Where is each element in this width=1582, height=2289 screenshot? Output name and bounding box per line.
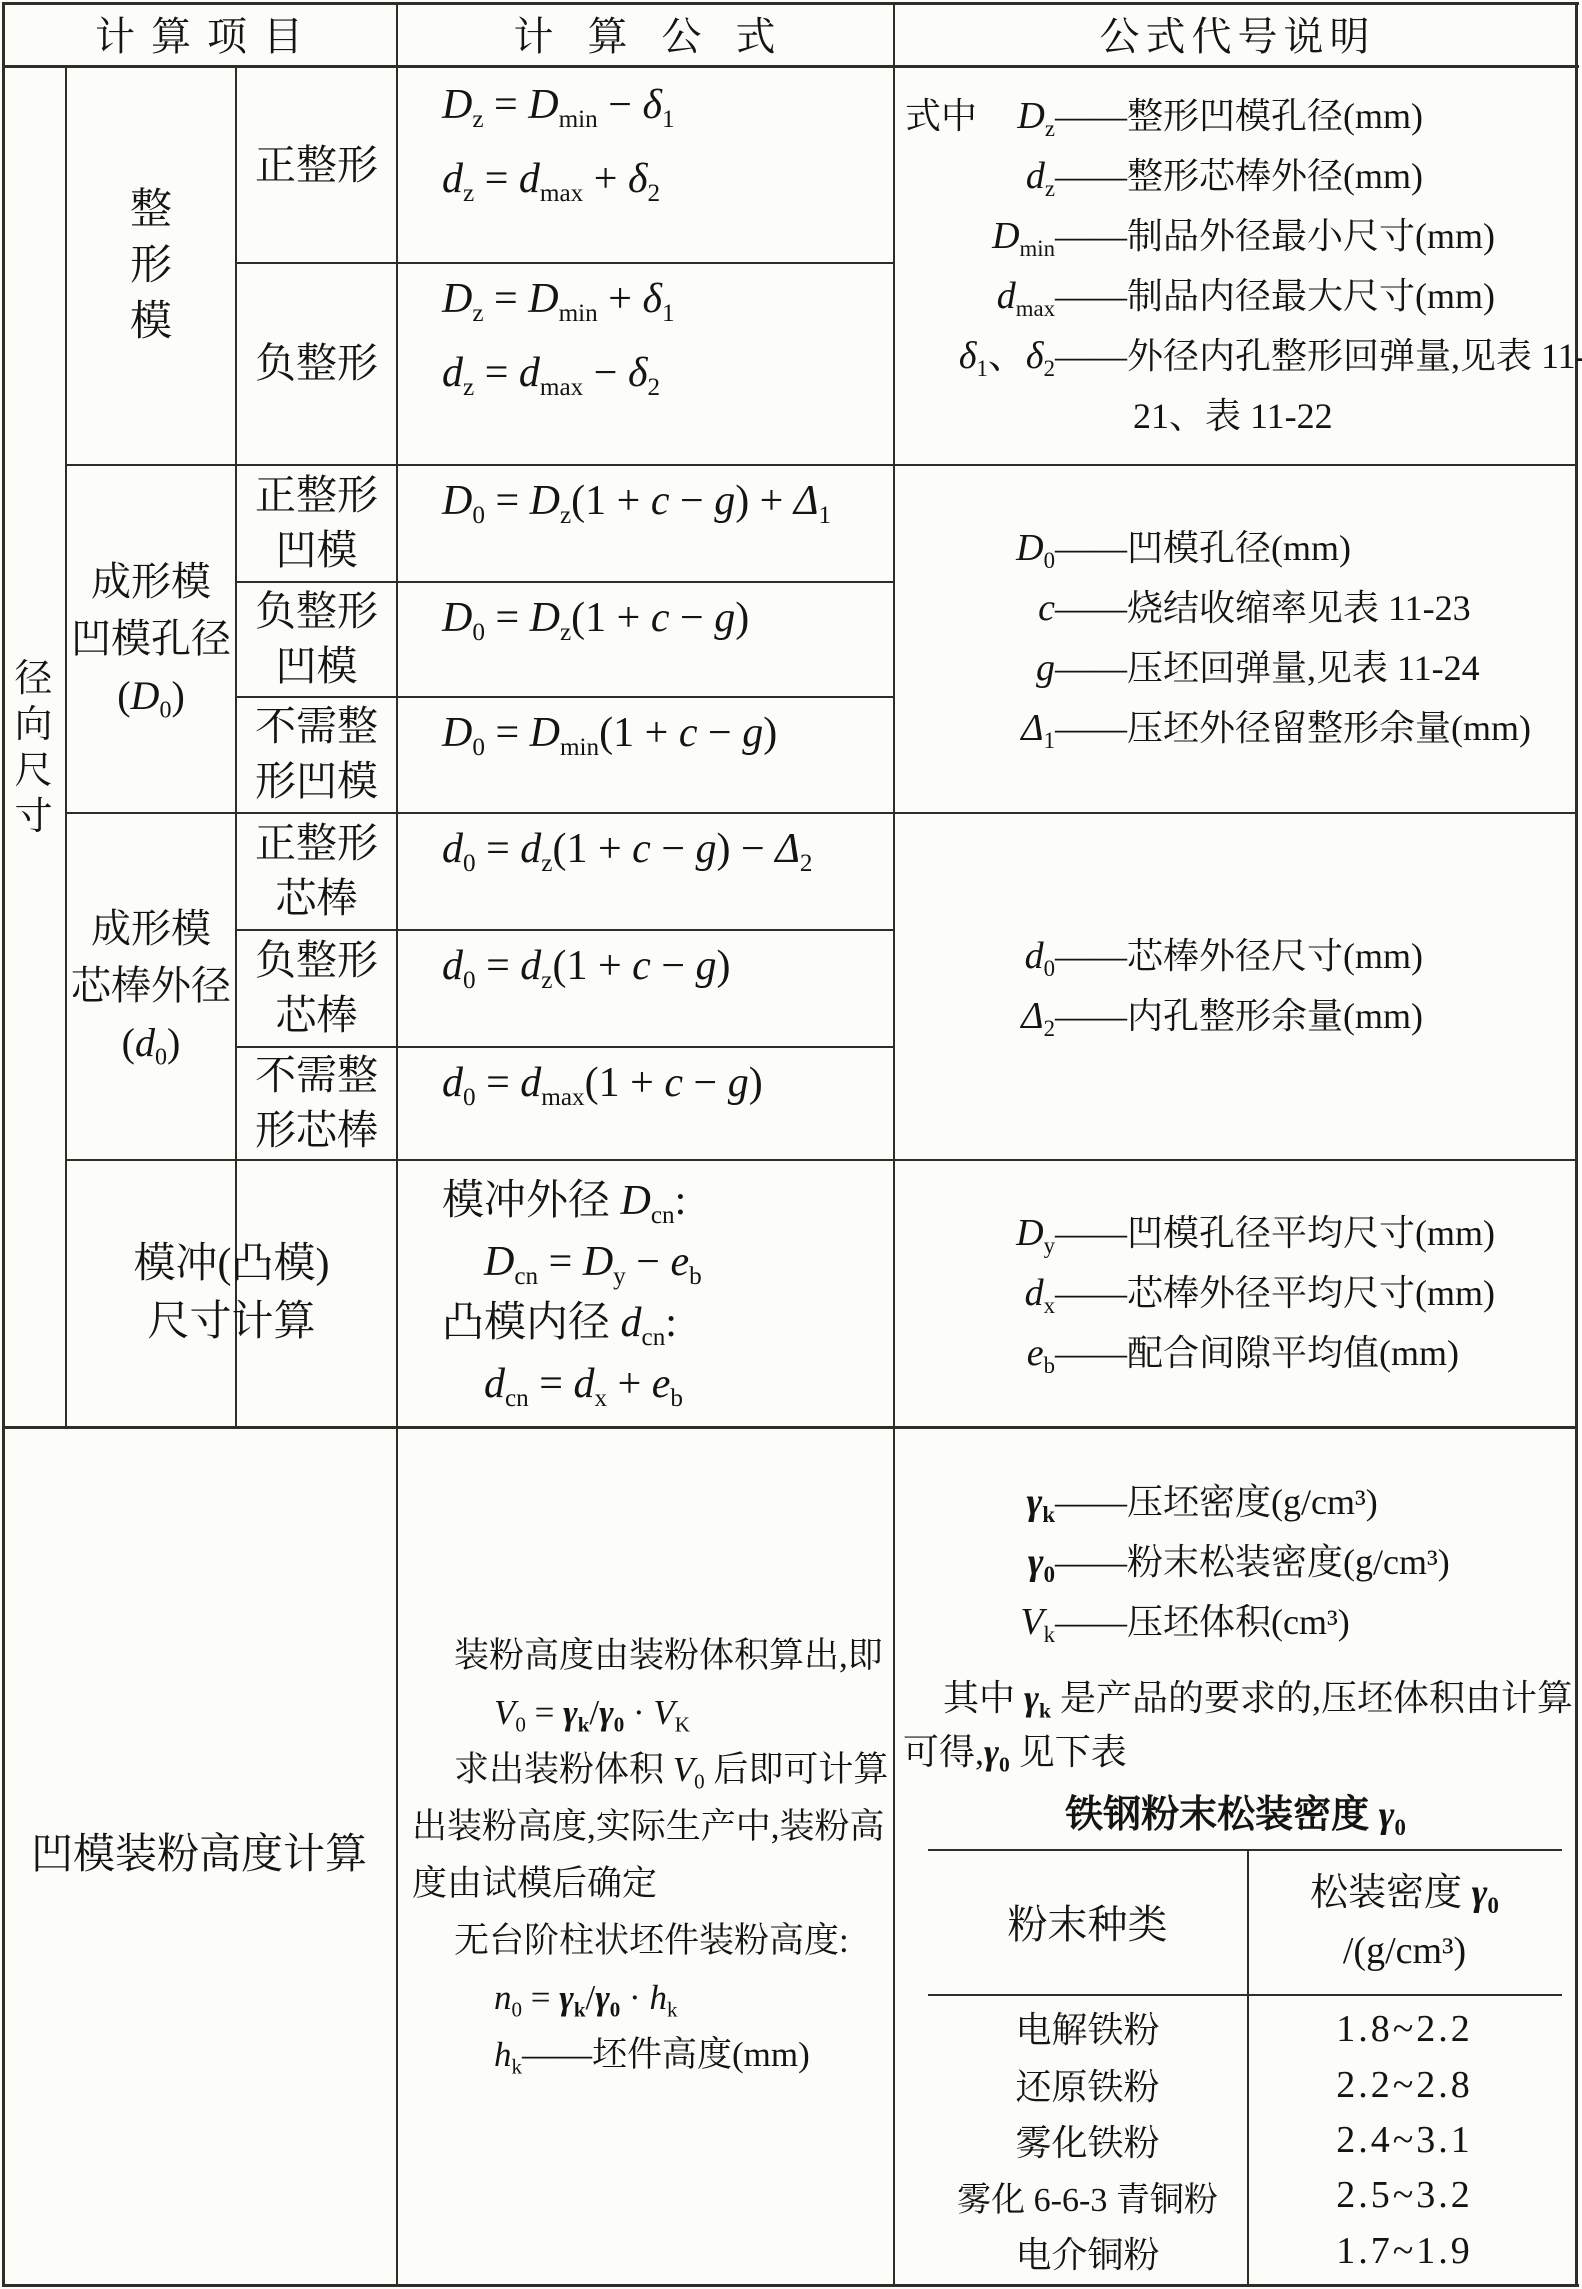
formula-token: γ <box>1472 1872 1488 1914</box>
text-line: V0 = γk/γ0 · VK <box>494 1684 690 1741</box>
formula-token: 0 <box>155 1044 167 1070</box>
formula-token: D <box>484 1239 514 1285</box>
powder-fill-height-label: 凹模装粉高度计算 <box>31 1826 367 1884</box>
formula-token: D <box>530 710 560 756</box>
formula-token: z <box>560 502 571 529</box>
legend-description: 制品外径最小尺寸(mm) <box>1127 206 1495 266</box>
powder-table-col-type: 粉末种类 <box>928 1849 1247 1994</box>
text-line: 芯棒 <box>276 871 358 926</box>
header-label-formula: 计算公式 <box>480 5 810 62</box>
handbook-table-page: 计算项目 计算公式 公式代号说明 径向尺寸 整形模 成形模凹模孔径(D0) 成形… <box>0 0 1582 2289</box>
formula-token: z <box>1045 116 1055 141</box>
formula-token: = <box>484 82 529 128</box>
text-line: dcn = dx + eb <box>484 1354 683 1415</box>
formula-token: 0 <box>610 1997 621 2021</box>
powder-row-range: 2.4~3.1 <box>1247 2118 1562 2162</box>
powder-table-col-density: 松装密度 γ0 /(g/cm³) <box>1247 1849 1562 1994</box>
group-label-sizing-die: 整形模 <box>67 68 235 464</box>
formula-token: k <box>512 2054 523 2078</box>
legend-symbol: δ1、δ2 <box>895 326 1055 386</box>
formula-token: h <box>649 1978 667 2017</box>
legend-block-powder: γk——压坯密度(g/cm³)γ0——粉末松装密度(g/cm³)Vk——压坯体积… <box>895 1466 1576 1658</box>
formula-token: max <box>540 374 583 401</box>
subrow-label-positive-sizing: 正整形 <box>237 68 396 262</box>
powder-row-name: 电解铁粉 <box>928 2002 1247 2053</box>
legend-description-continued: 21、表 11-22 <box>895 386 1576 446</box>
formula-token: 铁钢粉末松装密度 <box>1065 1794 1379 1836</box>
text-line: 求出装粉体积 V0 后即可计算 <box>454 1741 888 1798</box>
formula-token: = <box>526 1693 563 1732</box>
formula-token: 1 <box>819 502 832 529</box>
formula-token: = <box>476 943 521 989</box>
formula-token: d <box>519 156 540 202</box>
stacked-char: 形 <box>130 238 172 294</box>
subrow-label-positive-sizing-die: 正整形凹模 <box>237 464 396 581</box>
powder-table-title-text: 铁钢粉末松装密度 γ0 <box>1065 1783 1406 1838</box>
legend-definition: d0——芯棒外径尺寸(mm) <box>895 926 1576 986</box>
formula-token: min <box>560 734 599 761</box>
formula-token: γ <box>1024 1678 1039 1718</box>
formula-token: Δ <box>1021 995 1043 1037</box>
formula-token: = <box>522 1978 559 2017</box>
group-label-forming-core-rod: 成形模芯棒外径(d0) <box>67 812 235 1159</box>
text-line: 凹模 <box>276 639 358 694</box>
formula-token: d <box>573 1361 594 1407</box>
legend-symbol: dx <box>895 1263 1055 1323</box>
text-line: 芯棒 <box>276 988 358 1043</box>
formula-token: · <box>620 1978 649 2017</box>
formula-token: b <box>689 1262 702 1289</box>
formula-token: δ <box>628 156 648 202</box>
formula-token: δ <box>642 82 662 128</box>
text-line: D0 = Dz(1 + c − g) <box>442 581 749 655</box>
legend-definition: Vk——压坯体积(cm³) <box>895 1592 1576 1652</box>
legend-symbol: γ0 <box>895 1532 1055 1592</box>
formula-token: cn <box>505 1384 529 1411</box>
legend-symbol: c <box>895 578 1055 638</box>
legend-description: 烧结收缩率见表 11-23 <box>1127 578 1471 638</box>
formula-token: g <box>696 826 717 872</box>
formula-token: y <box>1044 1232 1055 1257</box>
formula-token: d <box>520 1060 541 1106</box>
formula-token: ( <box>122 1020 135 1065</box>
legend-dash: —— <box>1055 266 1127 326</box>
formula-token: cn <box>642 1323 666 1350</box>
legend-dash: —— <box>1055 206 1127 266</box>
legend-block-sizing: 式中Dz——整形凹模孔径(mm)dz——整形芯棒外径(mm)Dmin——制品外径… <box>895 68 1576 464</box>
formula-token: V <box>494 1693 515 1732</box>
formula-cell-powder-height: 装粉高度由装粉体积算出,即V0 = γk/γ0 · VK求出装粉体积 V0 后即… <box>398 1426 893 2284</box>
powder-table-names: 电解铁粉 还原铁粉 雾化铁粉 雾化 6-6-3 青铜粉 电介铜粉 <box>928 1996 1247 2284</box>
formula-token: 芯棒 <box>276 992 358 1038</box>
formula-token: D <box>1016 1212 1043 1254</box>
formula-token: 模冲外径 <box>442 1178 621 1224</box>
formula-token: 成形模 <box>91 559 211 604</box>
formula-token: e <box>670 1239 689 1285</box>
legend-definition: γ0——粉末松装密度(g/cm³) <box>895 1532 1576 1592</box>
formula-token: : <box>665 1300 677 1346</box>
formula-token: 2 <box>1044 1015 1055 1040</box>
formula-token: 后即可计算 <box>705 1750 889 1789</box>
text-line: D0 = Dmin(1 + c − g) <box>442 696 777 770</box>
formula-token: 1 <box>977 356 988 381</box>
formula-token: 0 <box>614 1712 625 1736</box>
legend-definition: c——烧结收缩率见表 11-23 <box>895 578 1576 638</box>
formula-token: k <box>1044 1622 1055 1647</box>
formula-token: = <box>474 156 519 202</box>
legend-definition: γk——压坯密度(g/cm³) <box>895 1472 1576 1532</box>
formula-token: 见下表 <box>1010 1732 1127 1772</box>
formula-token: ) <box>749 1060 763 1106</box>
formula-token: 不需整 <box>255 703 378 749</box>
formula-token: 正整形 <box>255 472 378 518</box>
text-line: 负整形 <box>255 584 378 639</box>
formula-token: 0 <box>159 697 171 723</box>
formula-token: D <box>530 595 560 641</box>
powder-col-type-label: 粉末种类 <box>1008 1893 1168 1950</box>
text-line: d0 = dmax(1 + c − g) <box>442 1046 763 1120</box>
formula-token: = <box>485 710 530 756</box>
powder-table-title: 铁钢粉末松装密度 γ0 <box>895 1784 1576 1836</box>
stacked-char: 模 <box>130 294 172 350</box>
legend-area-powder: γk——压坯密度(g/cm³)γ0——粉末松装密度(g/cm³)Vk——压坯体积… <box>895 1426 1576 1849</box>
text-line: 正整形 <box>255 138 378 193</box>
formula-token: γ <box>559 1978 574 2017</box>
legend-symbol: dmax <box>895 266 1055 326</box>
text-line: 负整形 <box>255 336 378 391</box>
header-cell-calculation-items: 计算项目 <box>2 2 396 65</box>
formula-token: 0 <box>472 502 485 529</box>
formula-token: d <box>1025 1272 1044 1314</box>
text-line: 可得,γ0 见下表 <box>903 1725 1127 1779</box>
formula-token: b <box>670 1384 683 1411</box>
formula-token: D <box>992 215 1019 257</box>
formula-token: cn <box>514 1262 538 1289</box>
formula-token: 1 <box>1044 728 1055 753</box>
text-line: dz = dmax + δ2 <box>442 142 660 216</box>
formula-token: = <box>476 826 521 872</box>
text-line: 凹模孔径 <box>71 610 231 667</box>
formula-token: 0 <box>1487 1892 1498 1917</box>
formula-token: + <box>598 276 643 322</box>
legend-symbol: D0 <box>895 518 1055 578</box>
formula-cell-bore-nosizing: D0 = Dmin(1 + c − g) <box>398 696 893 812</box>
formula-token: 形凹模 <box>255 758 378 804</box>
text-line: d0 = dz(1 + c − g) − Δ2 <box>442 812 812 886</box>
formula-token: = <box>484 276 529 322</box>
text-line: dz = dmax − δ2 <box>442 336 660 410</box>
stacked-char: 向 <box>14 702 52 748</box>
formula-token: 成形模 <box>91 906 211 951</box>
legend-description: 整形凹模孔径(mm) <box>1127 86 1423 146</box>
formula-token: ) + <box>735 478 794 524</box>
formula-token: 无台阶柱状坯件装粉高度: <box>454 1921 849 1960</box>
legend-dash: —— <box>1055 1263 1127 1323</box>
legend-dash: —— <box>1055 86 1127 146</box>
legend-description: 芯棒外径平均尺寸(mm) <box>1127 1263 1495 1323</box>
formula-token: h <box>494 2035 512 2074</box>
formula-token: D <box>442 276 472 322</box>
legend-prefix: 式中 <box>905 86 977 146</box>
formula-token: 0 <box>472 619 485 646</box>
legend-symbol: dz <box>895 146 1055 206</box>
formula-token: c <box>632 943 651 989</box>
stacked-char: 径 <box>14 656 52 702</box>
formula-token: 0 <box>1044 955 1055 980</box>
formula-token: b <box>1044 1352 1055 1377</box>
formula-token: 0 <box>515 1712 526 1736</box>
legend-description: 压坯密度(g/cm³) <box>1127 1472 1378 1532</box>
formula-token: Δ <box>1021 707 1043 749</box>
legend-dash: —— <box>1055 518 1127 578</box>
formula-token: ——坯件高度(mm) <box>522 2035 810 2074</box>
legend-dash: —— <box>1055 1472 1127 1532</box>
group-label-powder-fill-height: 凹模装粉高度计算 <box>2 1426 396 2284</box>
formula-token: d <box>997 275 1016 317</box>
subrow-label-negative-sizing: 负整形 <box>237 262 396 464</box>
formula-token: γ <box>984 1732 999 1772</box>
formula-token: / <box>589 1693 599 1732</box>
formula-token: c <box>651 478 670 524</box>
formula-token: δ <box>628 350 648 396</box>
formula-token: + <box>607 1361 652 1407</box>
formula-token: ) <box>171 673 184 718</box>
text-line: 成形模 <box>91 553 211 610</box>
formula-token: 0 <box>1394 1814 1405 1839</box>
powder-col-density-line2: /(g/cm³) <box>1343 1922 1466 1980</box>
formula-token: d <box>442 943 463 989</box>
formula-token: 凹模 <box>276 527 358 573</box>
formula-token: D <box>528 276 558 322</box>
powder-row-range: 1.7~1.9 <box>1247 2229 1562 2273</box>
formula-token: 正整形 <box>255 820 378 866</box>
text-line: (d0) <box>122 1014 181 1071</box>
formula-token: (1 + <box>585 1060 665 1106</box>
legend-block-punch: Dy——凹模孔径平均尺寸(mm)dx——芯棒外径平均尺寸(mm)eb——配合间隙… <box>895 1159 1576 1426</box>
legend-symbol: Δ1 <box>895 698 1055 758</box>
legend-definition: δ1、δ2——外径内孔整形回弹量,见表 11- <box>895 326 1576 386</box>
legend-dash: —— <box>1055 698 1127 758</box>
legend-dash: —— <box>1055 986 1127 1046</box>
text-line: 度由试模后确定 <box>412 1855 657 1912</box>
powder-row-range: 2.5~3.2 <box>1247 2173 1562 2217</box>
legend-definition: g——压坯回弹量,见表 11-24 <box>895 638 1576 698</box>
formula-token: 1 <box>662 300 675 327</box>
legend-dash: —— <box>1055 1592 1127 1652</box>
legend-definition: Δ1——压坯外径留整形余量(mm) <box>895 698 1576 758</box>
formula-token: − <box>698 710 743 756</box>
formula-token: 芯棒外径 <box>71 963 231 1008</box>
formula-token: 模冲(凸模) <box>134 1241 330 1287</box>
formula-token: D <box>131 673 160 718</box>
legend-dash: —— <box>1055 326 1127 386</box>
legend-dash: —— <box>1055 926 1127 986</box>
formula-token: D <box>528 82 558 128</box>
header-label-legend: 公式代号说明 <box>1094 5 1376 62</box>
text-line: 不需整 <box>255 1048 378 1103</box>
formula-token: k <box>578 1712 590 1736</box>
formula-token: γ <box>595 1978 610 2017</box>
subrow-label-negative-sizing-rod: 负整形芯棒 <box>237 929 396 1046</box>
formula-token: 尺寸计算 <box>147 1299 315 1345</box>
formula-token: z <box>541 850 552 877</box>
formula-token: k <box>667 1997 678 2021</box>
formula-token: z <box>463 180 474 207</box>
formula-token: + <box>583 156 628 202</box>
formula-cell-sizing-negative: Dz = Dmin + δ1dz = dmax − δ2 <box>398 262 893 464</box>
formula-token: d <box>442 826 463 872</box>
text-line: 形凹模 <box>255 754 378 809</box>
formula-token: − <box>651 943 696 989</box>
formula-token: = <box>485 595 530 641</box>
formula-token: − <box>598 82 643 128</box>
legend-description: 压坯体积(cm³) <box>1127 1592 1350 1652</box>
formula-token: c <box>632 826 651 872</box>
legend-block-rod: d0——芯棒外径尺寸(mm)Δ2——内孔整形余量(mm) <box>895 812 1576 1159</box>
formula-token: 、 <box>988 335 1026 377</box>
powder-row-name: 电介铜粉 <box>928 2227 1247 2278</box>
legend-description: 制品内径最大尺寸(mm) <box>1127 266 1495 326</box>
formula-token: − <box>583 350 628 396</box>
formula-token: · <box>624 1693 653 1732</box>
formula-token: c <box>1038 587 1055 629</box>
formula-token: d <box>520 826 541 872</box>
powder-density-table: 粉末种类 松装密度 γ0 /(g/cm³) 电解铁粉 还原铁粉 雾化铁粉 雾化 … <box>928 1849 1562 2286</box>
formula-token: − <box>683 1060 728 1106</box>
formula-cell-rod-negative: d0 = dz(1 + c − g) <box>398 929 893 1046</box>
text-line: D0 = Dz(1 + c − g) + Δ1 <box>442 464 831 538</box>
formula-cell-rod-nosizing: d0 = dmax(1 + c − g) <box>398 1046 893 1159</box>
legend-dash: —— <box>1055 1323 1127 1383</box>
formula-token: d <box>520 943 541 989</box>
formula-token: ) <box>735 595 749 641</box>
formula-token: (1 + <box>552 943 632 989</box>
formula-token: = <box>529 1361 574 1407</box>
legend-definition: Δ2——内孔整形余量(mm) <box>895 986 1576 1046</box>
formula-token: 凹模孔径 <box>71 616 231 661</box>
text-line: 模冲(凸模) <box>134 1235 330 1293</box>
formula-token: c <box>664 1060 683 1106</box>
text-line: 尺寸计算 <box>147 1293 315 1351</box>
text-line: 无台阶柱状坯件装粉高度: <box>454 1912 849 1969</box>
formula-token: 是产品的要求的,压坯体积由计算 <box>1051 1678 1573 1718</box>
formula-token: d <box>442 1060 463 1106</box>
formula-token: k <box>1042 1502 1055 1527</box>
formula-token: c <box>651 595 670 641</box>
formula-token: = <box>476 1060 521 1106</box>
formula-token: γ <box>1379 1794 1395 1836</box>
formula-token: Δ <box>794 478 819 524</box>
formula-token: δ <box>1026 335 1044 377</box>
formula-token: γ <box>563 1693 578 1732</box>
subrow-label-no-sizing-rod: 不需整形芯棒 <box>237 1046 396 1159</box>
text-line: 装粉高度由装粉体积算出,即 <box>454 1627 883 1684</box>
formula-token: Δ <box>775 826 800 872</box>
formula-token: D <box>1016 527 1043 569</box>
formula-token: g <box>742 710 763 756</box>
formula-token: V <box>1020 1601 1043 1643</box>
formula-token: / <box>586 1978 596 2017</box>
legend-symbol: g <box>895 638 1055 698</box>
legend-dash: —— <box>1055 1203 1127 1263</box>
formula-token: : <box>675 1178 687 1224</box>
formula-token: D <box>442 478 472 524</box>
formula-token: 2 <box>647 180 660 207</box>
formula-token: 0 <box>472 734 485 761</box>
formula-token: = <box>485 478 530 524</box>
formula-token: d <box>442 350 463 396</box>
text-line: d0 = dz(1 + c − g) <box>442 929 731 1003</box>
text-line: n0 = γk/γ0 · hk <box>494 1969 677 2026</box>
legend-symbol: Dmin <box>895 206 1055 266</box>
powder-row-range: 2.2~2.8 <box>1247 2063 1562 2107</box>
formula-token: 0 <box>1044 1562 1055 1587</box>
text-line: hk——坯件高度(mm) <box>494 2026 810 2083</box>
text-line: Dz = Dmin − δ1 <box>442 68 675 142</box>
formula-token: 度由试模后确定 <box>412 1864 657 1903</box>
text-line: 出装粉高度,实际生产中,装粉高 <box>412 1798 885 1855</box>
legend-dash: —— <box>1055 1532 1127 1592</box>
formula-token: d <box>621 1300 642 1346</box>
formula-cell-rod-positive: d0 = dz(1 + c − g) − Δ2 <box>398 812 893 929</box>
formula-token: D <box>621 1178 651 1224</box>
subrow-label-negative-sizing-die: 负整形凹模 <box>237 581 396 696</box>
formula-token: 其中 <box>943 1678 1024 1718</box>
text-line: 凹模 <box>276 523 358 578</box>
formula-token: γ <box>1027 1481 1043 1523</box>
formula-token: ) − <box>717 826 776 872</box>
formula-token: D <box>1017 95 1044 137</box>
formula-token: e <box>652 1361 671 1407</box>
legend-symbol: γk <box>895 1472 1055 1532</box>
formula-token: k <box>574 1997 586 2021</box>
formula-token: (1 + <box>571 595 651 641</box>
legend-symbol: Δ2 <box>895 986 1055 1046</box>
formula-token: cn <box>651 1201 675 1228</box>
formula-token: γ <box>1028 1541 1044 1583</box>
legend-definition: D0——凹模孔径(mm) <box>895 518 1576 578</box>
formula-token: (1 + <box>552 826 632 872</box>
formula-cell-bore-positive: D0 = Dz(1 + c − g) + Δ1 <box>398 464 893 581</box>
formula-token: 0 <box>463 850 476 877</box>
formula-token: − <box>626 1239 671 1285</box>
formula-token: V <box>673 1750 694 1789</box>
formula-token: D <box>583 1239 613 1285</box>
formula-token: 芯棒 <box>276 875 358 921</box>
text-line: Dcn = Dy − eb <box>484 1232 702 1293</box>
formula-token: z <box>472 106 483 133</box>
legend-description: 压坯回弹量,见表 11-24 <box>1127 638 1480 698</box>
formula-token: x <box>1044 1292 1055 1317</box>
formula-token: d <box>519 350 540 396</box>
legend-description: 凹模孔径平均尺寸(mm) <box>1127 1203 1495 1263</box>
formula-token: 1 <box>662 106 675 133</box>
text-line: 其中 γk 是产品的要求的,压坯体积由计算 <box>943 1671 1573 1725</box>
legend-dash: —— <box>1055 578 1127 638</box>
formula-token: 2 <box>800 850 813 877</box>
legend-definition: 式中Dz——整形凹模孔径(mm) <box>895 86 1576 146</box>
formula-token: g <box>714 478 735 524</box>
formula-token: c <box>679 710 698 756</box>
formula-token: 装粉高度由装粉体积算出,即 <box>454 1636 883 1675</box>
formula-token: K <box>675 1712 690 1736</box>
formula-token: min <box>559 300 598 327</box>
formula-token: 凹模 <box>276 643 358 689</box>
formula-token: max <box>541 1084 584 1111</box>
formula-token: d <box>484 1361 505 1407</box>
formula-token: 0 <box>512 1997 523 2021</box>
formula-token: g <box>714 595 735 641</box>
